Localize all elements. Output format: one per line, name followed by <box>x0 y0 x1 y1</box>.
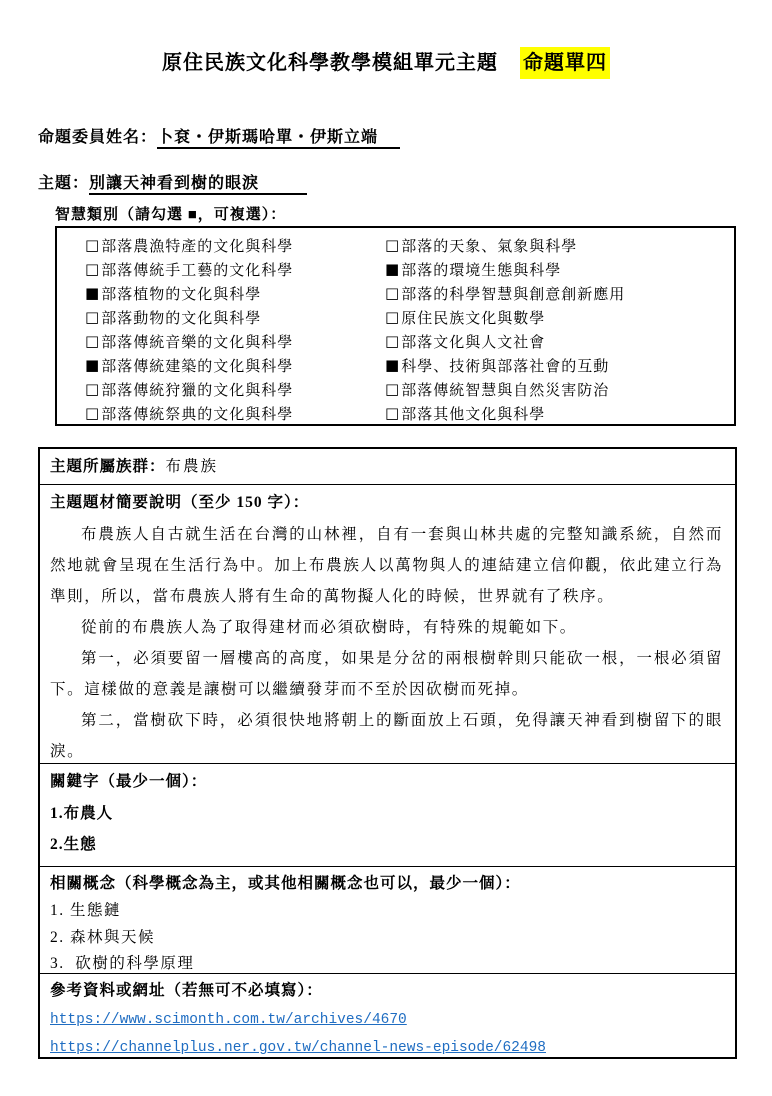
wisdom-option-left-2[interactable]: ■部落植物的文化與科學 <box>85 283 385 304</box>
wisdom-option-label: 部落傳統音樂的文化與科學 <box>101 331 293 352</box>
wisdom-option-right-0[interactable]: □部落的天象、氣象與科學 <box>385 235 734 256</box>
keyword-item: 1.布農人 <box>50 798 723 829</box>
keyword-item: 2.生態 <box>50 829 723 860</box>
wisdom-option-left-3[interactable]: □部落動物的文化與科學 <box>85 307 385 328</box>
concepts-heading: 相關概念（科學概念為主，或其他相關概念也可以，最少一個）： <box>50 867 723 898</box>
table-row-references: 參考資料或網址（若無可不必填寫）： https://www.scimonth.c… <box>40 973 735 1057</box>
wisdom-category-box: □部落農漁特產的文化與科學 □部落的天象、氣象與科學 □部落傳統手工藝的文化科學… <box>55 226 736 426</box>
reference-link-1[interactable]: https://www.scimonth.com.tw/archives/467… <box>50 1007 407 1033</box>
wisdom-option-label: 部落傳統祭典的文化與科學 <box>101 403 293 424</box>
wisdom-option-right-2[interactable]: □部落的科學智慧與創意創新應用 <box>385 283 734 304</box>
summary-heading: 主題題材簡要說明（至少 150 字）： <box>50 485 723 519</box>
wisdom-option-left-5[interactable]: ■部落傳統建築的文化與科學 <box>85 355 385 376</box>
wisdom-option-label: 部落的科學智慧與創意創新應用 <box>401 283 625 304</box>
table-row-summary: 主題題材簡要說明（至少 150 字）： 布農族人自古就生活在台灣的山林裡，自有一… <box>40 484 735 763</box>
checkbox-unchecked-icon: □ <box>85 238 100 253</box>
checkbox-checked-icon: ■ <box>385 262 400 277</box>
checkbox-unchecked-icon: □ <box>385 238 400 253</box>
topic-line: 主題：別讓天神看到樹的眼淚 <box>38 170 307 193</box>
page-title-highlight: 命題單四 <box>520 47 610 79</box>
wisdom-option-right-5[interactable]: ■科學、技術與部落社會的互動 <box>385 355 734 376</box>
wisdom-category-heading: 智慧類別（請勾選 ■，可複選）： <box>55 203 286 224</box>
committee-name-line: 命題委員姓名：卜袞・伊斯瑪哈單・伊斯立端 <box>38 124 400 147</box>
wisdom-option-left-7[interactable]: □部落傳統祭典的文化與科學 <box>85 403 385 424</box>
checkbox-unchecked-icon: □ <box>385 406 400 421</box>
topic-value: 別讓天神看到樹的眼淚 <box>89 175 307 195</box>
checkbox-checked-icon: ■ <box>385 358 400 373</box>
topic-label: 主題： <box>38 175 89 192</box>
checkbox-checked-icon: ■ <box>85 286 100 301</box>
wisdom-option-label: 部落農漁特產的文化與科學 <box>101 235 293 256</box>
table-row-concepts: 相關概念（科學概念為主，或其他相關概念也可以，最少一個）： 1. 生態鏈 2. … <box>40 866 735 973</box>
wisdom-option-label: 部落傳統狩獵的文化與科學 <box>101 379 293 400</box>
ethnic-group-label: 主題所屬族群： <box>50 458 166 475</box>
wisdom-option-right-3[interactable]: □原住民族文化與數學 <box>385 307 734 328</box>
summary-body: 布農族人自古就生活在台灣的山林裡，自有一套與山林共處的完整知識系統，自然而然地就… <box>50 519 723 763</box>
table-row-keywords: 關鍵字（最少一個）： 1.布農人 2.生態 <box>40 763 735 866</box>
wisdom-option-label: 部落植物的文化與科學 <box>101 283 261 304</box>
checkbox-unchecked-icon: □ <box>385 286 400 301</box>
wisdom-option-label: 部落傳統手工藝的文化科學 <box>101 259 293 280</box>
reference-link-2[interactable]: https://channelplus.ner.gov.tw/channel-n… <box>50 1035 546 1057</box>
wisdom-option-label: 部落其他文化與科學 <box>401 403 545 424</box>
committee-name-label: 命題委員姓名： <box>38 129 157 146</box>
topic-detail-table: 主題所屬族群：布農族 主題題材簡要說明（至少 150 字）： 布農族人自古就生活… <box>38 447 737 1059</box>
wisdom-option-label: 部落動物的文化與科學 <box>101 307 261 328</box>
wisdom-option-label: 部落傳統建築的文化與科學 <box>101 355 293 376</box>
reference-row: https://channelplus.ner.gov.tw/channel-n… <box>50 1033 723 1057</box>
concept-item: 3. 砍樹的科學原理 <box>50 951 723 973</box>
page-title: 原住民族文化科學教學模組單元主題命題單四 <box>0 46 772 75</box>
wisdom-option-left-0[interactable]: □部落農漁特產的文化與科學 <box>85 235 385 256</box>
table-row-ethnic-group: 主題所屬族群：布農族 <box>40 449 735 484</box>
checkbox-unchecked-icon: □ <box>85 382 100 397</box>
ethnic-group-value: 布農族 <box>166 458 219 475</box>
page-title-main: 原住民族文化科學教學模組單元主題 <box>162 52 498 74</box>
checkbox-unchecked-icon: □ <box>385 310 400 325</box>
wisdom-option-left-4[interactable]: □部落傳統音樂的文化與科學 <box>85 331 385 352</box>
wisdom-option-left-1[interactable]: □部落傳統手工藝的文化科學 <box>85 259 385 280</box>
wisdom-option-right-7[interactable]: □部落其他文化與科學 <box>385 403 734 424</box>
checkbox-unchecked-icon: □ <box>85 262 100 277</box>
summary-paragraph: 第二，當樹砍下時，必須很快地將朝上的斷面放上石頭，免得讓天神看到樹留下的眼淚。 <box>50 705 723 763</box>
wisdom-option-right-1[interactable]: ■部落的環境生態與科學 <box>385 259 734 280</box>
wisdom-option-label: 部落文化與人文社會 <box>401 331 545 352</box>
checkbox-unchecked-icon: □ <box>85 310 100 325</box>
references-heading: 參考資料或網址（若無可不必填寫）： <box>50 974 723 1005</box>
wisdom-option-label: 部落的環境生態與科學 <box>401 259 561 280</box>
wisdom-option-right-6[interactable]: □部落傳統智慧與自然災害防治 <box>385 379 734 400</box>
concept-item: 1. 生態鏈 <box>50 898 723 925</box>
reference-row: https://www.scimonth.com.tw/archives/467… <box>50 1005 723 1033</box>
wisdom-option-right-4[interactable]: □部落文化與人文社會 <box>385 331 734 352</box>
summary-paragraph: 從前的布農族人為了取得建材而必須砍樹時，有特殊的規範如下。 <box>50 612 723 643</box>
wisdom-option-label: 科學、技術與部落社會的互動 <box>401 355 609 376</box>
wisdom-option-left-6[interactable]: □部落傳統狩獵的文化與科學 <box>85 379 385 400</box>
keywords-heading: 關鍵字（最少一個）： <box>50 764 723 798</box>
document-page: { "header": { "title_main": "原住民族文化科學教學模… <box>0 0 772 1096</box>
checkbox-unchecked-icon: □ <box>385 382 400 397</box>
checkbox-unchecked-icon: □ <box>85 334 100 349</box>
wisdom-option-label: 部落的天象、氣象與科學 <box>401 235 577 256</box>
committee-name-value: 卜袞・伊斯瑪哈單・伊斯立端 <box>157 129 400 149</box>
checkbox-checked-icon: ■ <box>85 358 100 373</box>
wisdom-option-label: 部落傳統智慧與自然災害防治 <box>401 379 609 400</box>
concept-item: 2. 森林與天候 <box>50 925 723 952</box>
checkbox-unchecked-icon: □ <box>385 334 400 349</box>
checkbox-unchecked-icon: □ <box>85 406 100 421</box>
summary-paragraph: 布農族人自古就生活在台灣的山林裡，自有一套與山林共處的完整知識系統，自然而然地就… <box>50 519 723 612</box>
summary-paragraph: 第一，必須要留一層樓高的高度，如果是分岔的兩根樹幹則只能砍一根，一根必須留下。這… <box>50 643 723 705</box>
wisdom-option-label: 原住民族文化與數學 <box>401 307 545 328</box>
